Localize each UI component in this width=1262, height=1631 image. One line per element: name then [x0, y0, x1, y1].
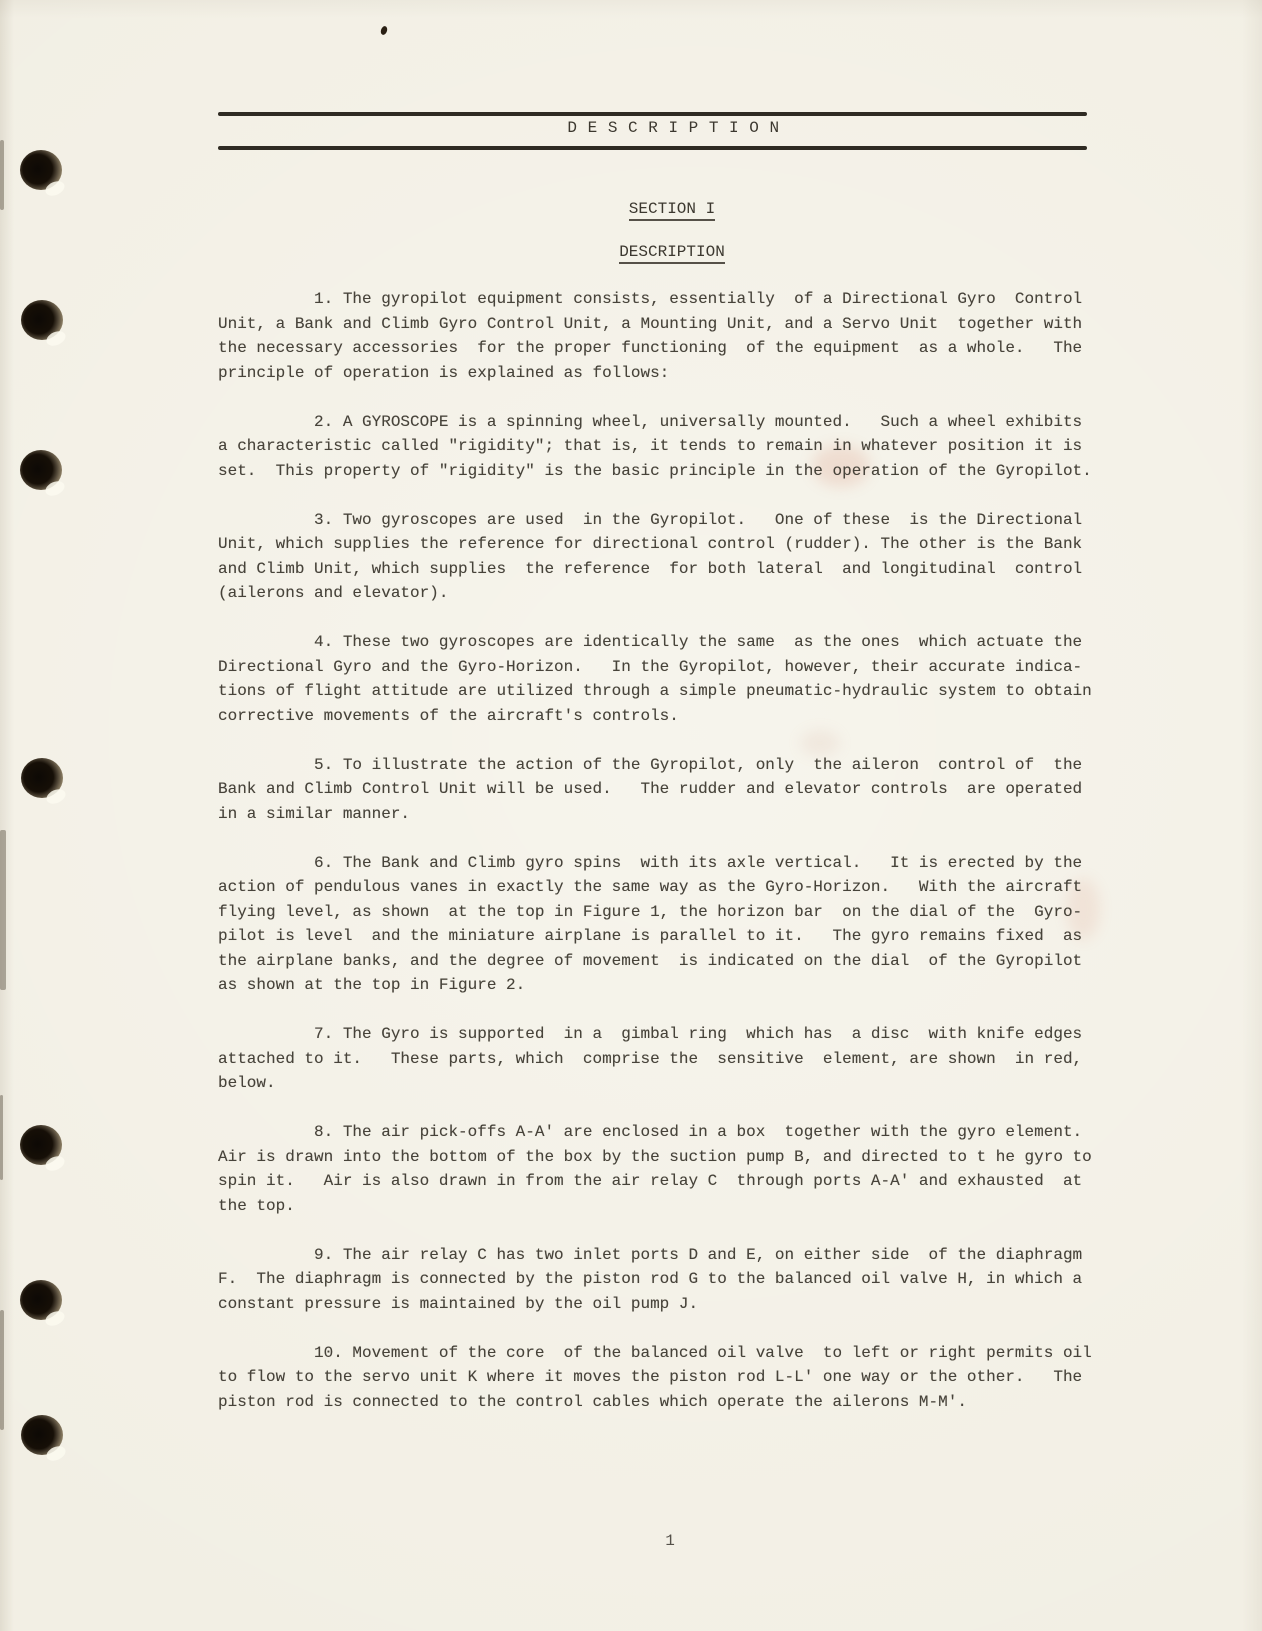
page-edge-mark [0, 1310, 4, 1430]
header-rule-bottom [218, 146, 1087, 150]
ink-speck [380, 25, 388, 35]
paragraph-4: 4. These two gyroscopes are identically … [218, 630, 1148, 728]
paragraph-3: 3. Two gyroscopes are used in the Gyropi… [218, 508, 1148, 606]
running-header: D E S C R I P T I O N [218, 119, 1087, 137]
page-edge-mark [0, 140, 4, 210]
paragraph-9: 9. The air relay C has two inlet ports D… [218, 1243, 1148, 1317]
header-rule-top [218, 112, 1087, 116]
binder-hole-4 [21, 758, 63, 798]
body-text: 1. The gyropilot equipment consists, ess… [218, 287, 1148, 1439]
document-page: D E S C R I P T I O N SECTION I DESCRIPT… [0, 0, 1262, 1631]
section-heading: SECTION I [218, 200, 1126, 221]
document-title: DESCRIPTION [218, 243, 1126, 264]
paragraph-7: 7. The Gyro is supported in a gimbal rin… [218, 1022, 1148, 1096]
binder-hole-7 [21, 1415, 63, 1455]
page-edge-mark [0, 830, 6, 990]
paragraph-1: 1. The gyropilot equipment consists, ess… [218, 287, 1148, 385]
binder-hole-5 [20, 1125, 62, 1165]
section-heading-text: SECTION I [629, 200, 715, 221]
document-title-text: DESCRIPTION [619, 243, 725, 264]
binder-hole-3 [20, 450, 62, 490]
page-number: 1 [218, 1532, 1122, 1550]
paragraph-10: 10. Movement of the core of the balanced… [218, 1341, 1148, 1415]
binder-hole-2 [21, 300, 63, 340]
paragraph-2: 2. A GYROSCOPE is a spinning wheel, univ… [218, 410, 1148, 484]
paragraph-5: 5. To illustrate the action of the Gyrop… [218, 753, 1148, 827]
binder-hole-1 [20, 150, 62, 190]
paragraph-6: 6. The Bank and Climb gyro spins with it… [218, 851, 1148, 998]
binder-hole-6 [20, 1280, 62, 1320]
paragraph-8: 8. The air pick-offs A-A' are enclosed i… [218, 1120, 1148, 1218]
page-edge-mark [0, 1095, 3, 1180]
